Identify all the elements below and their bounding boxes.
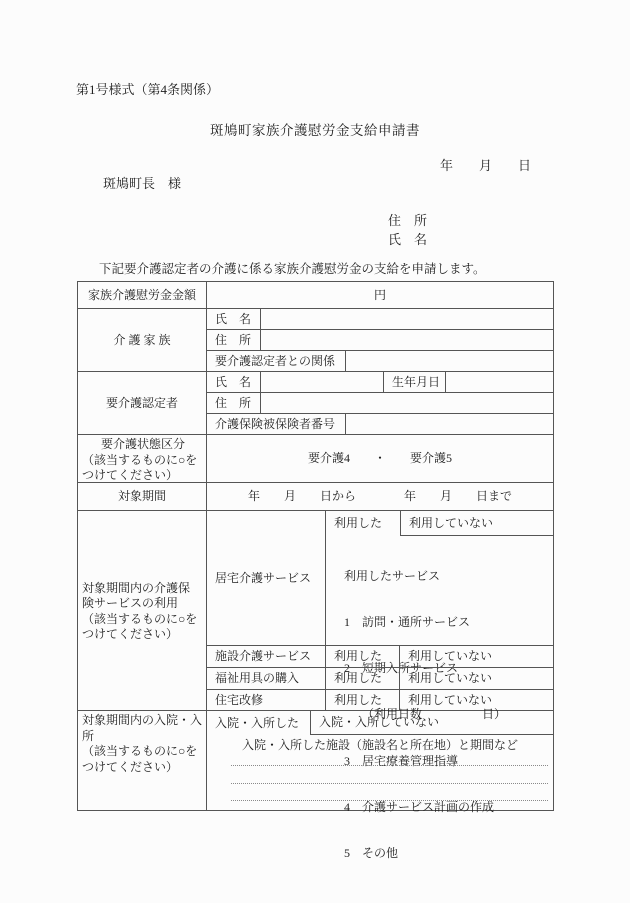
home-renovation-subrow: 住宅改修 利用した 利用していない	[207, 689, 553, 711]
amount-row: 家族介護慰労金金額 円	[78, 282, 553, 308]
care-recipient-birthdate-label: 生年月日	[383, 372, 445, 392]
care-level-row: 要介護状態区分 （該当するものに○を つけてください） 要介護4 ・ 要介護5	[78, 434, 553, 482]
home-care-used-option: 利用した	[326, 511, 400, 536]
service-list-item: 5 その他	[344, 846, 553, 861]
service-use-label-line2: 険サービスの利用	[82, 596, 204, 612]
amount-value-cell: 円	[206, 282, 553, 308]
welfare-equipment-not-used-option: 利用していない	[399, 668, 553, 689]
hospitalization-label-line2: 所	[82, 729, 204, 745]
facility-care-label: 施設介護サービス	[207, 646, 325, 667]
care-recipient-address-value	[260, 393, 553, 413]
care-recipient-name-label: 氏 名	[207, 372, 260, 392]
insurance-number-label: 介護保険被保険者番号	[207, 414, 345, 434]
service-list-item: 1 訪問・通所サービス	[344, 615, 553, 630]
service-use-label-line1: 対象期間内の介護保	[82, 581, 204, 597]
caregiver-address-value	[260, 330, 553, 350]
hospitalization-detail: 入院・入所した施設（施設名と所在地）と期間など	[207, 735, 553, 801]
not-admitted-option: 入院・入所していない	[310, 711, 553, 735]
hospitalization-usage-strip: 入院・入所した 入院・入所していない	[207, 711, 553, 735]
caregiver-relation-subrow: 要介護認定者との関係	[207, 350, 553, 371]
home-care-content: 利用した 利用していない 利用したサービス 1 訪問・通所サービス 2 短期入所…	[325, 511, 553, 645]
intro-text: 下記要介護認定者の介護に係る家族介護慰労金の支給を申請します。	[99, 259, 486, 277]
service-use-items: 居宅介護サービス 利用した 利用していない 利用したサービス 1 訪問・通所サー…	[206, 511, 553, 710]
care-level-label: 要介護状態区分 （該当するものに○を つけてください）	[78, 435, 206, 482]
hospitalization-label-line4: つけてください）	[82, 760, 204, 776]
home-renovation-not-used-option: 利用していない	[399, 690, 553, 711]
hospitalization-label-line1: 対象期間内の入院・入	[82, 713, 204, 729]
hospitalization-label: 対象期間内の入院・入 所 （該当するものに○を つけてください）	[78, 711, 206, 810]
service-use-row: 対象期間内の介護保 険サービスの利用 （該当するものに○を つけてください） 居…	[78, 510, 553, 710]
care-level-label-line1: 要介護状態区分	[82, 437, 204, 453]
fill-in-dotted-line	[231, 784, 548, 801]
caregiver-row: 介 護 家 族 氏 名 住 所 要介護認定者との関係	[78, 308, 553, 371]
applicant-address-label: 住 所	[388, 210, 427, 229]
care-recipient-address-subrow: 住 所	[207, 392, 553, 413]
date-line: 年 月 日	[440, 155, 531, 174]
caregiver-relation-label: 要介護認定者との関係	[207, 351, 345, 371]
form-number: 第1号様式（第4条関係）	[76, 79, 219, 98]
period-row: 対象期間 年 月 日から 年 月 日まで	[78, 482, 553, 510]
service-use-label: 対象期間内の介護保 険サービスの利用 （該当するものに○を つけてください）	[78, 511, 206, 710]
period-label: 対象期間	[78, 483, 206, 510]
care-recipient-address-label: 住 所	[207, 393, 260, 413]
addressee: 斑鳩町長 様	[103, 173, 181, 192]
service-list-header: 利用したサービス	[344, 569, 553, 584]
service-use-label-line3: （該当するものに○を	[82, 612, 204, 628]
hospitalization-label-line3: （該当するものに○を	[82, 744, 204, 760]
applicant-name-label: 氏 名	[388, 229, 427, 248]
facility-care-not-used-option: 利用していない	[399, 646, 553, 667]
welfare-equipment-label: 福祉用具の購入	[207, 668, 325, 689]
home-renovation-label: 住宅改修	[207, 690, 325, 711]
caregiver-name-label: 氏 名	[207, 309, 260, 329]
care-level-label-line2: （該当するものに○を	[82, 453, 204, 469]
caregiver-address-label: 住 所	[207, 330, 260, 350]
amount-label: 家族介護慰労金金額	[78, 282, 206, 308]
home-care-not-used-option: 利用していない	[400, 511, 553, 536]
facility-care-subrow: 施設介護サービス 利用した 利用していない	[207, 645, 553, 667]
caregiver-label: 介 護 家 族	[78, 309, 206, 371]
care-recipient-birthdate-value	[445, 372, 553, 392]
service-use-label-line4: つけてください）	[82, 627, 204, 643]
home-renovation-used-option: 利用した	[325, 690, 399, 711]
insurance-number-value	[345, 414, 553, 434]
fill-in-dotted-line	[231, 755, 548, 766]
care-level-value: 要介護4 ・ 要介護5	[206, 435, 553, 482]
care-recipient-row: 要介護認定者 氏 名 生年月日 住 所 介護保険被保険者番号	[78, 371, 553, 434]
page-title: 斑鳩町家族介護慰労金支給申請書	[0, 119, 630, 139]
hospitalization-row: 対象期間内の入院・入 所 （該当するものに○を つけてください） 入院・入所した…	[78, 710, 553, 810]
period-value: 年 月 日から 年 月 日まで	[206, 483, 553, 510]
home-care-usage-strip: 利用した 利用していない	[326, 511, 553, 536]
welfare-equipment-used-option: 利用した	[325, 668, 399, 689]
home-care-subrow: 居宅介護サービス 利用した 利用していない 利用したサービス 1 訪問・通所サー…	[207, 511, 553, 645]
care-recipient-label: 要介護認定者	[78, 372, 206, 434]
fill-in-dotted-line	[231, 766, 548, 784]
caregiver-relation-value	[345, 351, 553, 371]
care-level-label-line3: つけてください）	[82, 468, 204, 484]
care-recipient-name-value	[260, 372, 383, 392]
hospitalization-detail-label: 入院・入所した施設（施設名と所在地）と期間など	[207, 738, 553, 755]
caregiver-name-value	[260, 309, 553, 329]
caregiver-name-subrow: 氏 名	[207, 309, 553, 329]
care-recipient-insurance-subrow: 介護保険被保険者番号	[207, 413, 553, 434]
home-care-label: 居宅介護サービス	[207, 511, 325, 645]
caregiver-fields: 氏 名 住 所 要介護認定者との関係	[206, 309, 553, 371]
welfare-equipment-subrow: 福祉用具の購入 利用した 利用していない	[207, 667, 553, 689]
application-form-page: 第1号様式（第4条関係） 斑鳩町家族介護慰労金支給申請書 年 月 日 斑鳩町長 …	[0, 0, 630, 903]
facility-care-used-option: 利用した	[325, 646, 399, 667]
admitted-option: 入院・入所した	[207, 711, 310, 735]
hospitalization-content: 入院・入所した 入院・入所していない 入院・入所した施設（施設名と所在地）と期間…	[206, 711, 553, 810]
care-recipient-fields: 氏 名 生年月日 住 所 介護保険被保険者番号	[206, 372, 553, 434]
care-recipient-name-subrow: 氏 名 生年月日	[207, 372, 553, 392]
application-table: 家族介護慰労金金額 円 介 護 家 族 氏 名 住 所 要介護認定者との関係	[77, 281, 554, 811]
caregiver-address-subrow: 住 所	[207, 329, 553, 350]
